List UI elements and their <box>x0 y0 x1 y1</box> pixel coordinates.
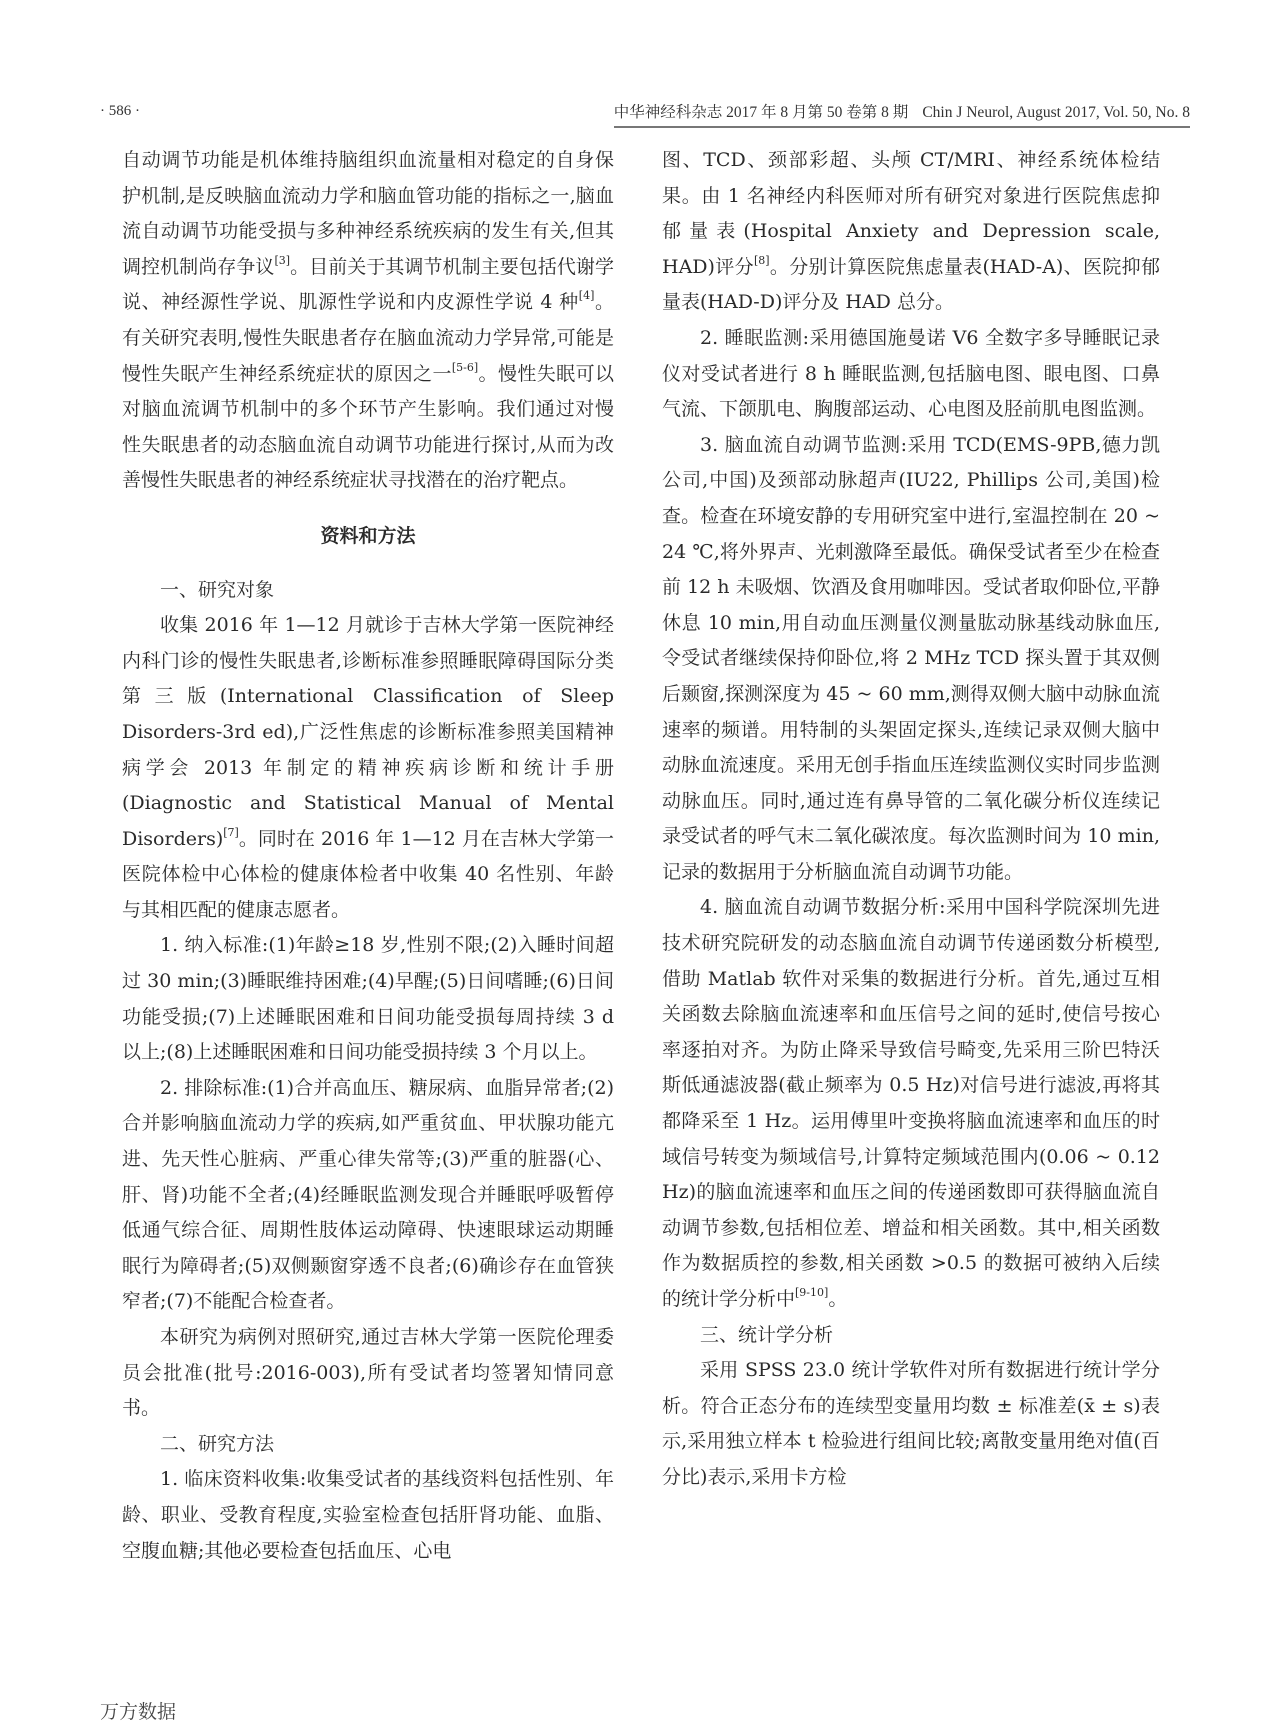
inclusion-criteria-paragraph: 1. 纳入标准:(1)年龄≥18 岁,性别不限;(2)入睡时间超过 30 min… <box>122 928 614 1070</box>
cbf-monitoring-paragraph: 3. 脑血流自动调节监测:采用 TCD(EMS-9PB,德力凯公司,中国)及颈部… <box>662 428 1160 891</box>
page-number: · 586 · <box>100 103 140 120</box>
right-column: 图、TCD、颈部彩超、头颅 CT/MRI、神经系统体检结果。由 1 名神经内科医… <box>662 143 1160 1496</box>
clinical-data-continued: 图、TCD、颈部彩超、头颅 CT/MRI、神经系统体检结果。由 1 名神经内科医… <box>662 143 1160 321</box>
citation: [3] <box>274 254 290 267</box>
citation: [8] <box>754 254 770 267</box>
subsection-heading-subjects: 一、研究对象 <box>122 573 614 609</box>
citation: [4] <box>579 289 595 302</box>
journal-title-en: Chin J Neurol, August 2017, Vol. 50, No.… <box>922 104 1190 121</box>
page-header: · 586 · 中华神经科杂志 2017 年 8 月第 50 卷第 8 期Chi… <box>100 100 1190 130</box>
clinical-data-paragraph: 1. 临床资料收集:收集受试者的基线资料包括性别、年龄、职业、受教育程度,实验室… <box>122 1462 614 1569</box>
subsection-heading-statistics: 三、统计学分析 <box>662 1318 1160 1354</box>
subjects-paragraph: 收集 2016 年 1—12 月就诊于吉林大学第一医院神经内科门诊的慢性失眠患者… <box>122 608 614 928</box>
citation: [7] <box>223 826 239 839</box>
section-heading-methods: 资料和方法 <box>122 519 614 555</box>
intro-paragraph: 自动调节功能是机体维持脑组织血流量相对稳定的自身保护机制,是反映脑血流动力学和脑… <box>122 143 614 499</box>
ethics-paragraph: 本研究为病例对照研究,通过吉林大学第一医院伦理委员会批准(批号:2016-003… <box>122 1320 614 1427</box>
exclusion-criteria-paragraph: 2. 排除标准:(1)合并高血压、糖尿病、血脂异常者;(2)合并影响脑血流动力学… <box>122 1071 614 1320</box>
journal-running-head: 中华神经科杂志 2017 年 8 月第 50 卷第 8 期Chin J Neur… <box>614 100 1190 128</box>
watermark: 万方数据 <box>100 1697 176 1724</box>
statistics-paragraph: 采用 SPSS 23.0 统计学软件对所有数据进行统计学分析。符合正态分布的连续… <box>662 1353 1160 1495</box>
citation: [5-6] <box>452 361 478 374</box>
subsection-heading-methods: 二、研究方法 <box>122 1427 614 1463</box>
left-column: 自动调节功能是机体维持脑组织血流量相对稳定的自身保护机制,是反映脑血流动力学和脑… <box>122 143 614 1569</box>
data-analysis-paragraph: 4. 脑血流自动调节数据分析:采用中国科学院深圳先进技术研究院研发的动态脑血流自… <box>662 890 1160 1317</box>
sleep-monitoring-paragraph: 2. 睡眠监测:采用德国施曼诺 V6 全数字多导睡眠记录仪对受试者进行 8 h … <box>662 321 1160 428</box>
citation: [9-10] <box>795 1286 828 1299</box>
journal-title-cn: 中华神经科杂志 2017 年 8 月第 50 卷第 8 期 <box>614 104 909 121</box>
